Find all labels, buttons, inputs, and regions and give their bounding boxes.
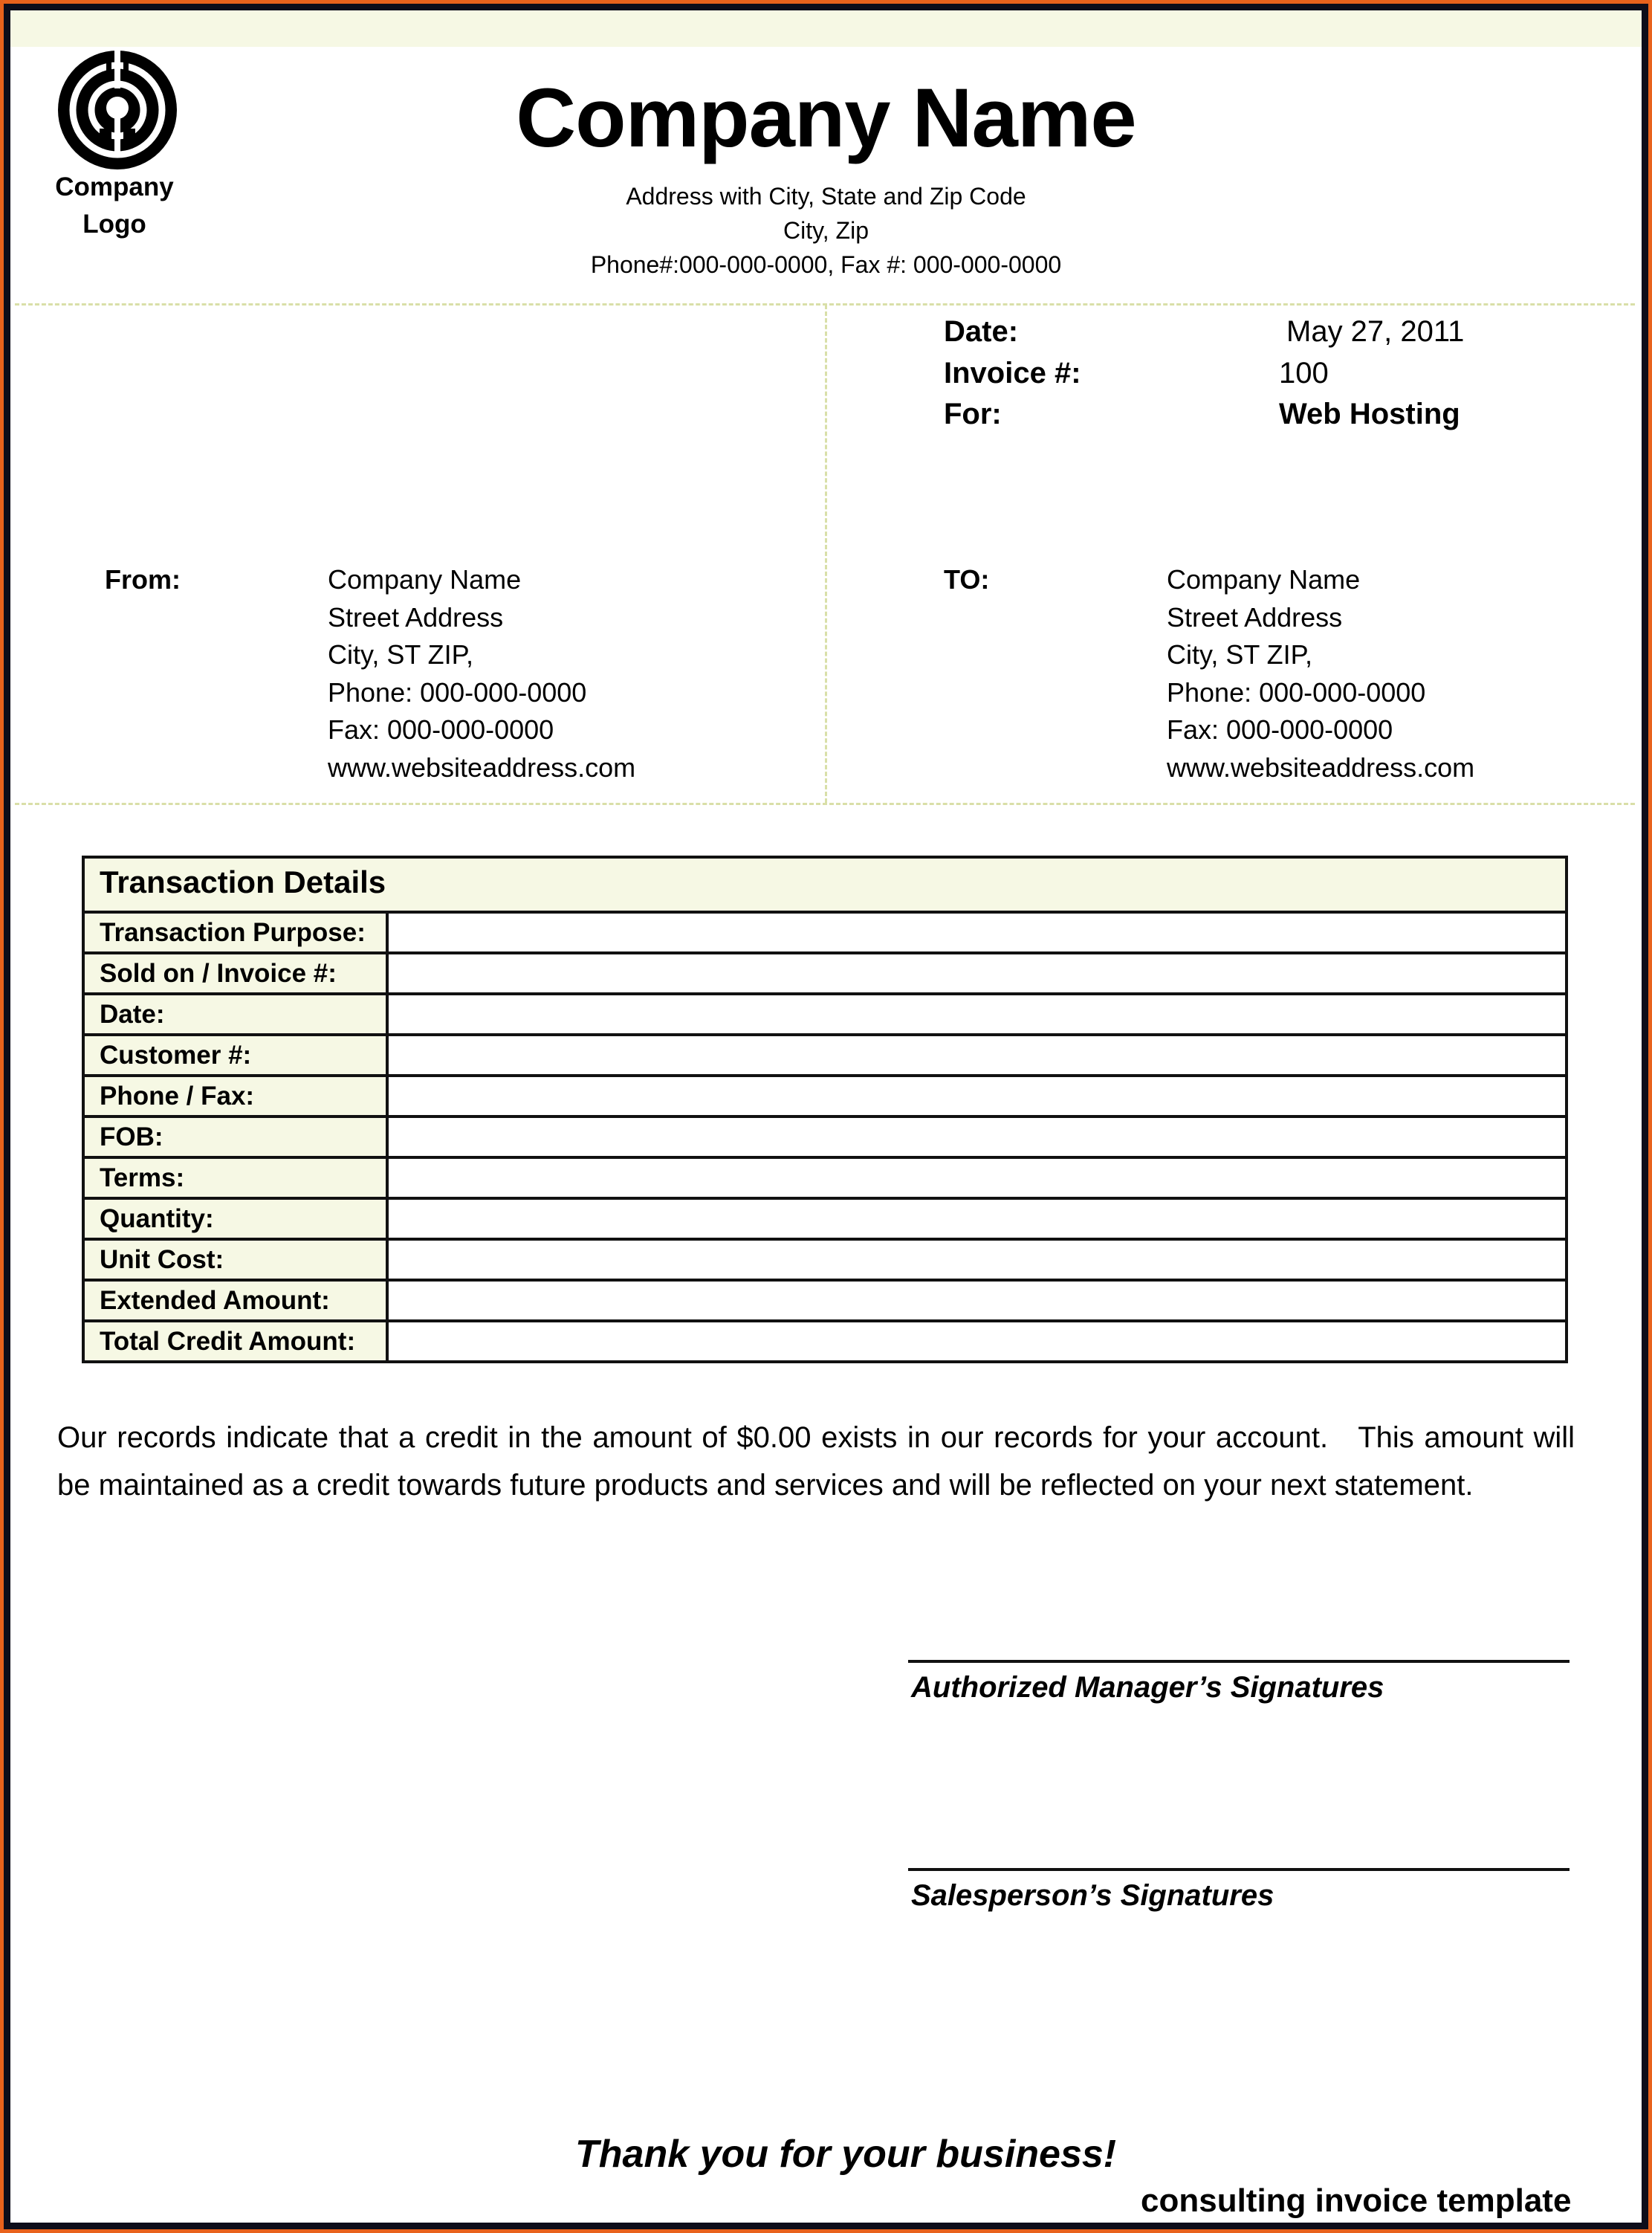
to-line: Phone: 000-000-0000 — [1167, 677, 1425, 708]
salesperson-signature-label: Salesperson’s Signatures — [911, 1879, 1274, 1913]
row-value-field[interactable] — [389, 1036, 1565, 1074]
table-row: Total Credit Amount: — [85, 1322, 1565, 1360]
template-caption: consulting invoice template — [1141, 2182, 1571, 2220]
row-label: Phone / Fax: — [85, 1077, 389, 1115]
company-address-line2: City, Zip — [10, 217, 1642, 245]
row-value-field[interactable] — [389, 914, 1565, 951]
table-row: Terms: — [85, 1159, 1565, 1200]
table-row: Transaction Purpose: — [85, 914, 1565, 954]
from-line: Phone: 000-000-0000 — [328, 677, 586, 708]
manager-signature-label: Authorized Manager’s Signatures — [911, 1671, 1384, 1704]
header-band — [10, 10, 1642, 47]
row-label: Total Credit Amount: — [85, 1322, 389, 1360]
to-line: City, ST ZIP, — [1167, 639, 1312, 670]
meta-for-label: For: — [944, 398, 1002, 431]
company-contact-line: Phone#:000-000-0000, Fax #: 000-000-0000 — [10, 251, 1642, 279]
row-value-field[interactable] — [389, 1282, 1565, 1319]
salesperson-signature-line[interactable] — [908, 1868, 1570, 1871]
table-row: Extended Amount: — [85, 1282, 1565, 1322]
party-section-divider — [15, 803, 1635, 805]
meta-date-label: Date: — [944, 315, 1018, 349]
row-label: Unit Cost: — [85, 1241, 389, 1279]
thank-you-message: Thank you for your business! — [575, 2132, 1116, 2177]
company-address-line1: Address with City, State and Zip Code — [10, 183, 1642, 210]
from-line: City, ST ZIP, — [328, 639, 473, 670]
table-row: Quantity: — [85, 1200, 1565, 1241]
from-line: Street Address — [328, 602, 503, 633]
row-label: FOB: — [85, 1118, 389, 1156]
table-row: Sold on / Invoice #: — [85, 954, 1565, 995]
row-value-field[interactable] — [389, 1077, 1565, 1115]
credit-note-paragraph: Our records indicate that a credit in th… — [57, 1414, 1575, 1509]
meta-for-value: Web Hosting — [1279, 398, 1460, 431]
row-value-field[interactable] — [389, 1200, 1565, 1238]
table-row: Date: — [85, 995, 1565, 1036]
table-row: Phone / Fax: — [85, 1077, 1565, 1118]
to-line: Company Name — [1167, 564, 1360, 595]
to-label: TO: — [944, 564, 989, 595]
from-line: Fax: 000-000-0000 — [328, 714, 554, 746]
row-value-field[interactable] — [389, 995, 1565, 1033]
table-row: Customer #: — [85, 1036, 1565, 1077]
row-label: Date: — [85, 995, 389, 1033]
invoice-page: Company Logo Company Name Address with C… — [10, 10, 1642, 2223]
row-label: Quantity: — [85, 1200, 389, 1238]
row-label: Terms: — [85, 1159, 389, 1197]
to-line: Fax: 000-000-0000 — [1167, 714, 1393, 746]
from-label: From: — [105, 564, 181, 595]
meta-invoice-label: Invoice #: — [944, 357, 1081, 390]
row-value-field[interactable] — [389, 1159, 1565, 1197]
company-name-title: Company Name — [10, 70, 1642, 166]
row-label: Extended Amount: — [85, 1282, 389, 1319]
meta-date-value: May 27, 2011 — [1286, 315, 1464, 349]
row-label: Customer #: — [85, 1036, 389, 1074]
transaction-details-title: Transaction Details — [85, 859, 1565, 914]
row-value-field[interactable] — [389, 1118, 1565, 1156]
party-column-divider — [825, 305, 827, 803]
manager-signature-line[interactable] — [908, 1660, 1570, 1663]
table-row: FOB: — [85, 1118, 1565, 1159]
table-row: Unit Cost: — [85, 1241, 1565, 1282]
to-line: Street Address — [1167, 602, 1342, 633]
row-value-field[interactable] — [389, 1322, 1565, 1360]
meta-invoice-value: 100 — [1279, 357, 1329, 390]
row-value-field[interactable] — [389, 954, 1565, 992]
transaction-details-table: Transaction Details Transaction Purpose:… — [82, 856, 1568, 1363]
row-label: Sold on / Invoice #: — [85, 954, 389, 992]
to-website-link[interactable]: www.websiteaddress.com — [1167, 752, 1474, 783]
row-value-field[interactable] — [389, 1241, 1565, 1279]
from-line: Company Name — [328, 564, 521, 595]
row-label: Transaction Purpose: — [85, 914, 389, 951]
from-website-link[interactable]: www.websiteaddress.com — [328, 752, 635, 783]
